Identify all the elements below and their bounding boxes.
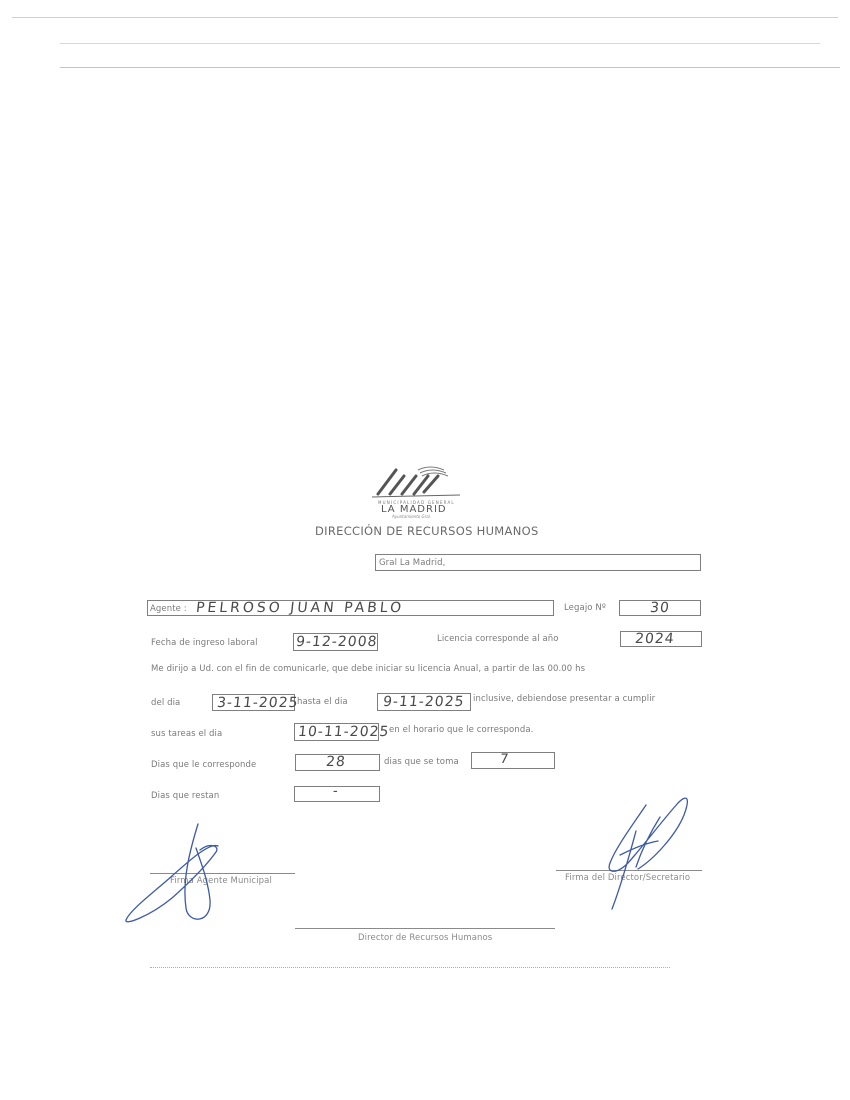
agente-signature-icon	[120, 820, 230, 930]
agente-value: PELROSO JUAN PABLO	[195, 600, 405, 616]
scan-artifact-line	[60, 43, 820, 44]
licencia-anio-value: 2024	[634, 631, 675, 647]
dias-toma-label: dias que se toma	[384, 757, 459, 767]
location-text: Gral La Madrid,	[379, 558, 445, 568]
agente-field[interactable]: Agente : PELROSO JUAN PABLO	[147, 600, 554, 616]
dias-corresponde-label: Dias que le corresponde	[151, 760, 256, 770]
scan-artifact-line	[12, 17, 838, 18]
hasta-field[interactable]: 9-11-2025	[377, 693, 471, 711]
fecha-ingreso-label: Fecha de ingreso laboral	[151, 638, 258, 648]
dias-restan-field[interactable]: -	[294, 786, 380, 802]
scan-artifact-line	[60, 67, 840, 68]
director-signature-icon	[590, 793, 700, 918]
hasta-value: 9-11-2025	[382, 694, 465, 710]
location-field[interactable]: Gral La Madrid,	[375, 554, 701, 571]
inclusive-text: inclusive, debiendose presentar a cumpli…	[473, 694, 655, 704]
licencia-anio-field[interactable]: 2024	[620, 631, 702, 647]
intro-text: Me dirijo a Ud. con el fin de comunicarl…	[151, 664, 585, 674]
tareas-field[interactable]: 10-11-2025	[294, 723, 379, 741]
dias-toma-value: 7	[499, 752, 510, 767]
dias-corresponde-value: 28	[325, 754, 347, 770]
horario-text: en el horario que le corresponda.	[389, 725, 533, 735]
legajo-field[interactable]: 30	[619, 600, 701, 616]
licencia-anio-label: Licencia corresponde al año	[437, 634, 559, 644]
tareas-value: 10-11-2025	[297, 724, 390, 740]
fecha-ingreso-value: 9-12-2008	[295, 634, 378, 650]
rrhh-signature-line	[295, 928, 555, 929]
logo-icon	[368, 462, 463, 500]
tareas-label: sus tareas el dia	[151, 729, 222, 739]
legajo-label: Legajo Nº	[564, 603, 606, 613]
cut-line	[150, 967, 670, 968]
rrhh-signature-label: Director de Recursos Humanos	[358, 933, 492, 943]
dias-toma-field[interactable]: 7	[471, 752, 555, 769]
hasta-label: hasta el dia	[297, 697, 348, 707]
del-dia-value: 3-11-2025	[216, 695, 299, 711]
dias-restan-value: -	[332, 784, 339, 799]
del-dia-label: del dia	[151, 698, 180, 708]
agente-label: Agente :	[150, 604, 187, 614]
legajo-value: 30	[649, 600, 671, 616]
department-title: DIRECCIÓN DE RECURSOS HUMANOS	[315, 524, 539, 538]
dias-restan-label: Dias que restan	[151, 791, 219, 801]
fecha-ingreso-field[interactable]: 9-12-2008	[293, 633, 378, 651]
logo-subtext: Ayuntamiento Gral.	[392, 514, 431, 519]
del-dia-field[interactable]: 3-11-2025	[212, 694, 295, 711]
dias-corresponde-field[interactable]: 28	[295, 754, 380, 771]
